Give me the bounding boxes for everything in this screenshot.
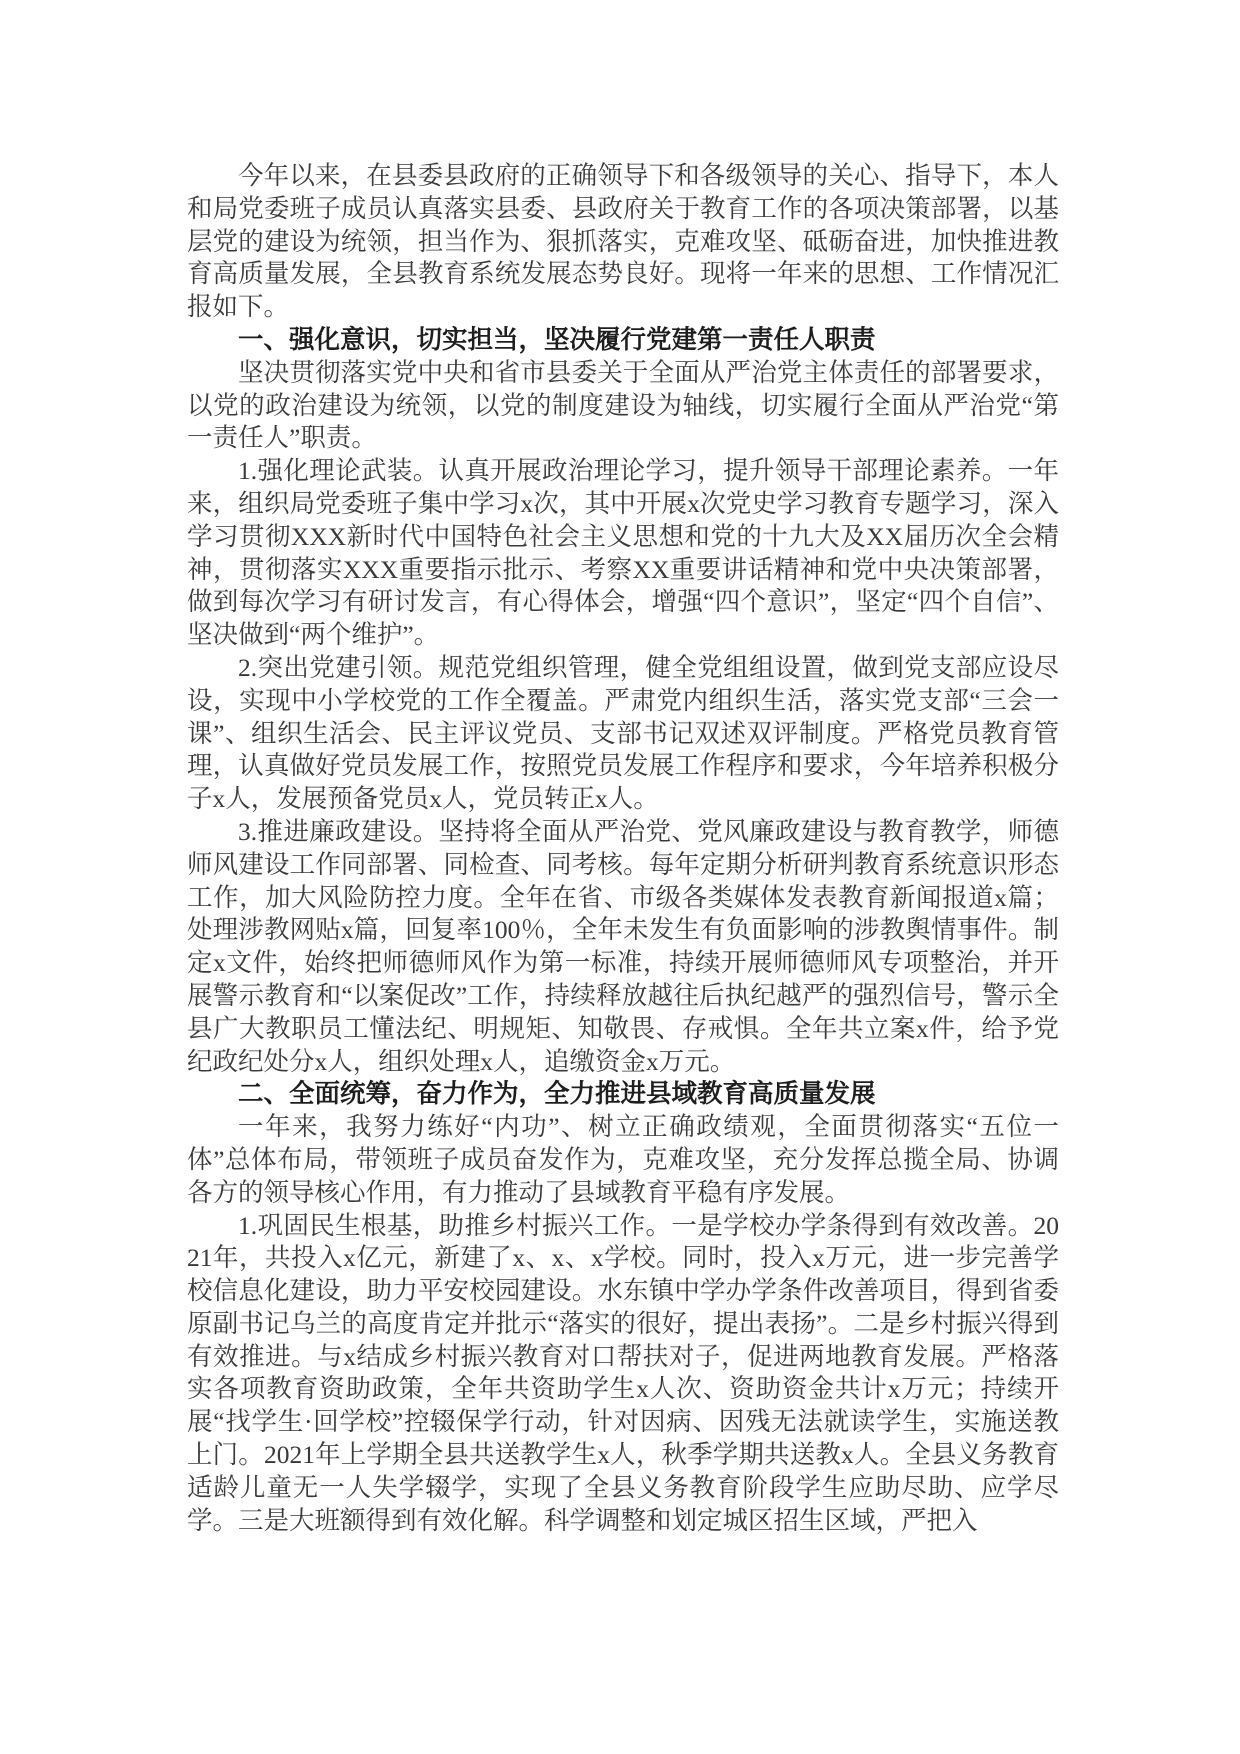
section-heading: 二、全面统筹，奋力作为，全力推进县域教育高质量发展 <box>187 1078 1059 1111</box>
paragraph: 坚决贯彻落实党中央和省市县委关于全面从严治党主体责任的部署要求，以党的政治建设为… <box>187 357 1059 455</box>
paragraph: 今年以来，在县委县政府的正确领导下和各级领导的关心、指导下，本人和局党委班子成员… <box>187 160 1059 324</box>
section-heading: 一、强化意识，切实担当，坚决履行党建第一责任人职责 <box>187 324 1059 357</box>
document-body: 今年以来，在县委县政府的正确领导下和各级领导的关心、指导下，本人和局党委班子成员… <box>187 160 1059 1537</box>
paragraph: 1.强化理论武装。认真开展政治理论学习，提升领导干部理论素养。一年来，组织局党委… <box>187 455 1059 652</box>
paragraph: 一年来，我努力练好“内功”、树立正确政绩观，全面贯彻落实“五位一体”总体布局，带… <box>187 1111 1059 1209</box>
paragraph: 1.巩固民生根基，助推乡村振兴工作。一是学校办学条得到有效改善。2021年，共投… <box>187 1210 1059 1538</box>
paragraph: 2.突出党建引领。规范党组织管理，健全党组组设置，做到党支部应设尽设，实现中小学… <box>187 652 1059 816</box>
document-page: 今年以来，在县委县政府的正确领导下和各级领导的关心、指导下，本人和局党委班子成员… <box>0 0 1240 1754</box>
paragraph: 3.推进廉政建设。坚持将全面从严治党、党风廉政建设与教育教学，师德师风建设工作同… <box>187 816 1059 1078</box>
